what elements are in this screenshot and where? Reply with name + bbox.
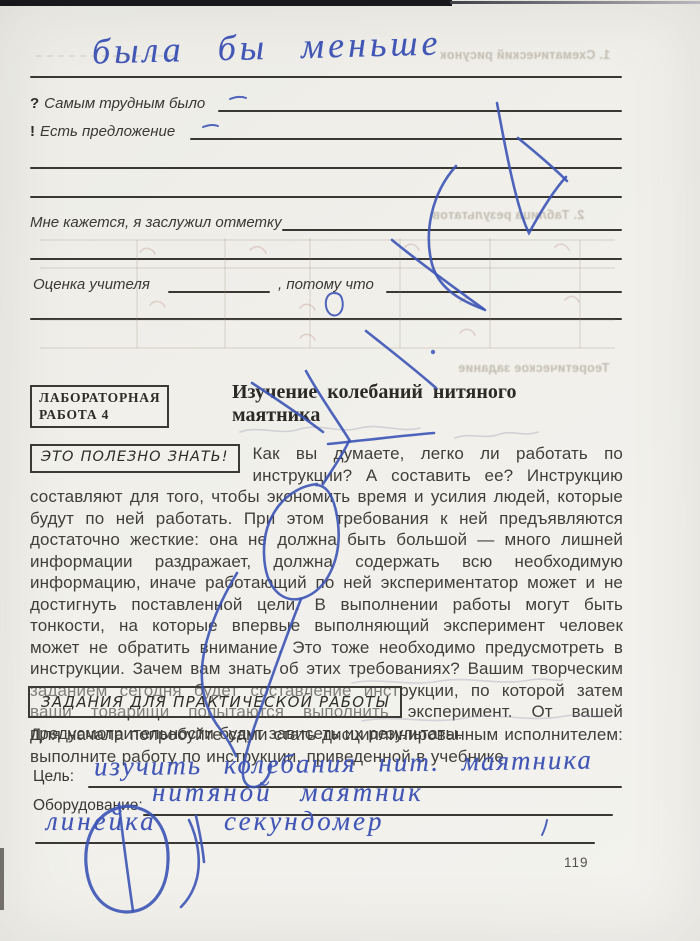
lab-work-title: Изучение колебаний нитяного маятника xyxy=(232,381,577,426)
equipment-handwritten-1: нитяной маятник xyxy=(152,777,424,808)
useful-to-know-label: ЭТО ПОЛЕЗНО ЗНАТЬ! xyxy=(41,449,229,465)
answer-line xyxy=(218,110,622,112)
prompt-suggestion-label: Есть предложение xyxy=(40,123,175,140)
answer-line xyxy=(30,258,622,260)
pen-dash xyxy=(230,97,246,99)
bleedthrough-text: Теоретическое задание xyxy=(458,361,609,375)
grade-line xyxy=(168,291,270,293)
equipment-handwritten-2: линейка xyxy=(46,806,157,837)
scan-edge-line xyxy=(450,1,700,4)
pen-dash xyxy=(203,125,218,127)
pen-scribble xyxy=(366,331,436,388)
answer-line xyxy=(30,76,622,78)
bleedthrough-text: 2. Таблица результатов xyxy=(432,208,584,222)
scan-edge-sliver xyxy=(0,848,4,910)
practical-tasks-box: ЗАДАНИЯ ДЛЯ ПРАКТИЧЕСКОЙ РАБОТЫ xyxy=(28,686,402,718)
pen-scribble xyxy=(429,166,483,309)
page-number: 119 xyxy=(564,855,589,870)
exclamation-marker: ! xyxy=(30,123,35,140)
equipment-handwritten-3: секундомер xyxy=(224,806,384,837)
pen-scribble xyxy=(196,816,204,862)
workbook-page-scan: 1. Схематический рисунок 2. Таблица резу… xyxy=(0,0,700,941)
pen-dot xyxy=(431,350,435,354)
lab-work-box-line1: ЛАБОРАТОРНАЯ xyxy=(39,390,160,407)
answer-line xyxy=(30,318,622,320)
bleedthrough-text: 1. Схематический рисунок xyxy=(440,48,610,62)
useful-to-know-box: ЭТО ПОЛЕЗНО ЗНАТЬ! xyxy=(30,444,240,473)
prompt-hardest: ?Самым трудным было xyxy=(30,95,205,112)
answer-line xyxy=(190,138,622,140)
lab-work-box-line2: РАБОТА 4 xyxy=(39,407,160,424)
practical-tasks-label: ЗАДАНИЯ ДЛЯ ПРАКТИЧЕСКОЙ РАБОТЫ xyxy=(41,693,389,711)
pen-tick xyxy=(542,820,547,835)
lab-work-box: ЛАБОРАТОРНАЯ РАБОТА 4 xyxy=(30,385,169,428)
answer-line xyxy=(282,229,622,231)
equipment-answer-line2 xyxy=(35,842,595,844)
pen-scribble xyxy=(326,293,343,316)
self-grade-label: Мне кажется, я заслужил отметку xyxy=(30,214,282,231)
handwritten-top-answer: была бы меньше xyxy=(92,21,442,72)
answer-line xyxy=(386,291,622,293)
scan-edge-bar xyxy=(0,0,452,6)
answer-line xyxy=(30,167,622,169)
question-marker: ? xyxy=(30,95,39,112)
prompt-hardest-label: Самым трудным было xyxy=(44,95,205,112)
prompt-suggestion: !Есть предложение xyxy=(30,123,175,140)
teacher-grade-label: Оценка учителя xyxy=(33,276,150,293)
pen-scribble xyxy=(518,138,567,181)
pen-scribble xyxy=(392,240,485,310)
pen-scribble xyxy=(181,820,199,907)
teacher-grade-conj: , потому что xyxy=(278,276,374,293)
answer-line xyxy=(30,196,622,198)
goal-label: Цель: xyxy=(33,768,74,786)
